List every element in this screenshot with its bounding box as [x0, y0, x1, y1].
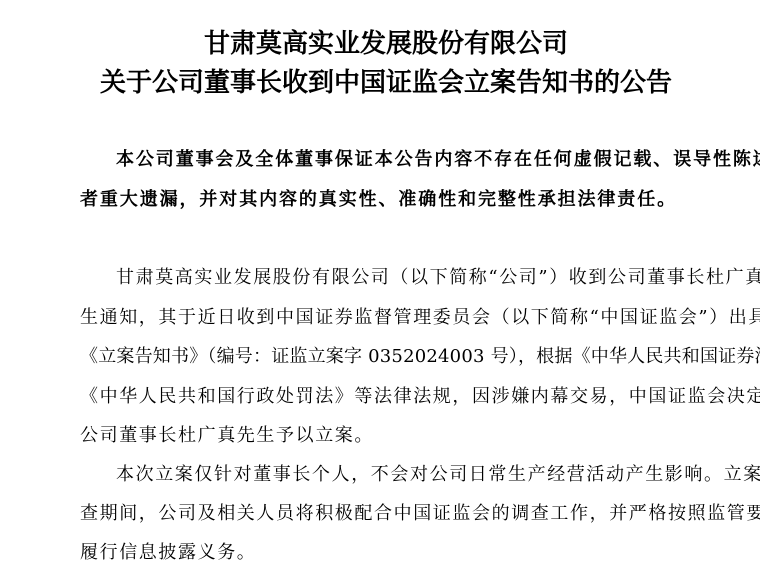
body-line: 查期间，公司及相关人员将积极配合中国证监会的调查工作，并严格按照监管要求	[80, 503, 760, 525]
company-name-title: 甘肃莫高实业发展股份有限公司	[60, 23, 712, 60]
disclaimer-line: 者重大遗漏，并对其内容的真实性、准确性和完整性承担法律责任。	[80, 189, 677, 211]
body-line: 《立案告知书》（编号：证监立案字 0352024003 号），根据《中华人民共和…	[80, 346, 760, 368]
body-line: 甘肃莫高实业发展股份有限公司（以下简称“公司”）收到公司董事长杜广真先	[116, 267, 760, 289]
body-line: 履行信息披露义务。	[80, 542, 256, 564]
body-line: 生通知，其于近日收到中国证券监督管理委员会（以下简称“中国证监会”）出具的	[80, 307, 760, 329]
disclaimer-line: 本公司董事会及全体董事保证本公告内容不存在任何虚假记载、误导性陈述或	[116, 149, 760, 171]
announcement-title: 关于公司董事长收到中国证监会立案告知书的公告	[60, 62, 712, 99]
body-line: 《中华人民共和国行政处罚法》等法律法规，因涉嫌内幕交易，中国证监会决定对	[80, 386, 760, 408]
body-line: 本次立案仅针对董事长个人，不会对公司日常生产经营活动产生影响。立案调	[116, 464, 760, 486]
body-line: 公司董事长杜广真先生予以立案。	[80, 425, 374, 447]
